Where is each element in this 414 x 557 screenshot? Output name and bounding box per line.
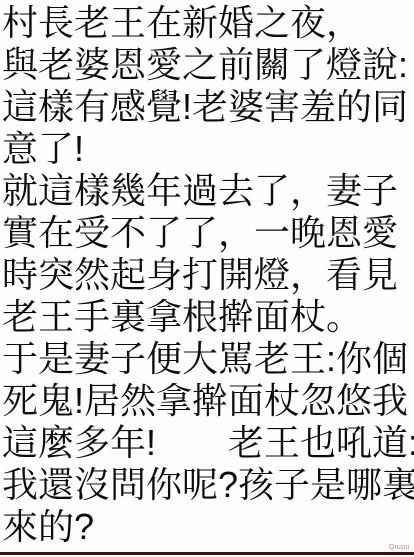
text-line-9: 于是妻子便大駡老王:你個 [2,338,414,380]
text-line-13: 來的? [2,506,414,548]
text-line-12: 我還沒問你呢?孩子是哪裏 [2,464,414,506]
text-line-6: 實在受不了了，一晚恩愛 [2,212,414,254]
bottom-border-line [0,552,414,555]
text-line-7: 時突然起身打開燈，看見 [2,254,414,296]
watermark-text: Qiupu [389,544,410,551]
text-line-5: 就這樣幾年過去了，妻子 [2,170,414,212]
text-line-11: 這麼多年! 老王也吼道: [2,422,414,464]
joke-image-page: 村長老王在新婚之夜， 與老婆恩愛之前關了燈說: 這樣有感覺!老婆害羞的同 意了!… [0,0,414,557]
text-line-4: 意了! [2,128,414,170]
text-line-2: 與老婆恩愛之前關了燈說: [2,44,414,86]
text-line-1: 村長老王在新婚之夜， [2,2,414,44]
text-line-10: 死鬼!居然拿擀面杖忽悠我 [2,380,414,422]
text-line-8: 老王手裏拿根擀面杖。 [2,296,414,338]
text-line-3: 這樣有感覺!老婆害羞的同 [2,86,414,128]
joke-text-block: 村長老王在新婚之夜， 與老婆恩愛之前關了燈說: 這樣有感覺!老婆害羞的同 意了!… [2,2,414,548]
